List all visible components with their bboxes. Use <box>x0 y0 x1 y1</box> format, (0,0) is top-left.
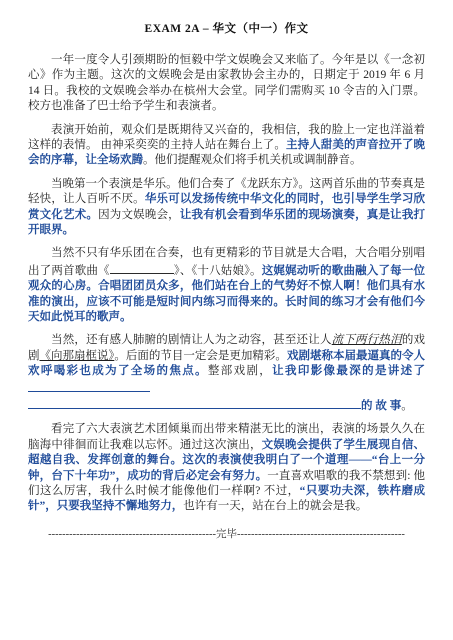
paragraph: 看完了六大表演艺术团倾巢而出带来精湛无比的演出，表演的场景久久在脑海中徘徊而让我… <box>28 422 425 514</box>
paragraph: 当然不只有华乐团在合奏，也有更精彩的节目就是大合唱，大合唱分别唱出了两首歌曲《》… <box>28 246 425 325</box>
text-run: 整部戏剧， <box>208 365 272 377</box>
paragraph: 当晚第一个表演是华乐。他们合奏了《龙跃东方》。这两首乐曲的节奏真是轻快，让人百听… <box>28 177 425 239</box>
paragraph: 表演开始前，观众们是既期待又兴奋的，我相信，我的脸上一定也洋溢着这样的表情。 由… <box>28 123 425 169</box>
paragraph: 一年一度令人引颈期盼的恒毅中学文娱晚会又来临了。今年是以《一念初心》作为主题。这… <box>28 53 425 115</box>
end-marker-dashes-right: ----------------------------------------… <box>237 529 405 540</box>
blank-line <box>28 397 361 409</box>
blank-line <box>28 380 150 392</box>
text-run: 》、《十八姑娘》。 <box>174 265 262 277</box>
text-run: 当然，还有感人肺腑的剧情让人为之动容，甚至还让人 <box>51 334 332 346</box>
text-run: 流下两行热泪 <box>332 334 402 346</box>
text-run: 。后面的节目一定会是更加精彩。 <box>114 350 287 362</box>
text-run: 一年一度令人引颈期盼的恒毅中学文娱晚会又来临了。今年是以《一念初心》作为主题。这… <box>28 54 425 112</box>
paragraph: 当然，还有感人肺腑的剧情让人为之动容，甚至还让人流下两行热泪的戏剧《向那扇框说》… <box>28 333 425 414</box>
document-page: EXAM 2A – 华文（中一）作文 一年一度令人引颈期盼的恒毅中学文娱晚会又来… <box>0 0 453 640</box>
blank-line <box>110 262 174 274</box>
page-title: EXAM 2A – 华文（中一）作文 <box>28 20 425 36</box>
document-body: 一年一度令人引颈期盼的恒毅中学文娱晚会又来临了。今年是以《一念初心》作为主题。这… <box>28 53 425 515</box>
end-marker-label: 完毕 <box>216 529 237 540</box>
end-marker: ----------------------------------------… <box>28 528 425 542</box>
text-run: 。 <box>401 400 413 412</box>
text-run: 让我印影像最深的是讲述了 <box>272 365 425 377</box>
text-run: 《向那扇框说》 <box>40 350 115 362</box>
text-run: 的 故 事 <box>361 400 401 412</box>
text-run: 因为文娱晚会， <box>98 209 180 221</box>
text-run: 也许有一天，站在台上的就会是我。 <box>183 500 367 512</box>
text-run: 。他们提醒观众们将手机关机或调制静音。 <box>143 154 362 166</box>
end-marker-dashes-left: ----------------------------------------… <box>48 529 216 540</box>
